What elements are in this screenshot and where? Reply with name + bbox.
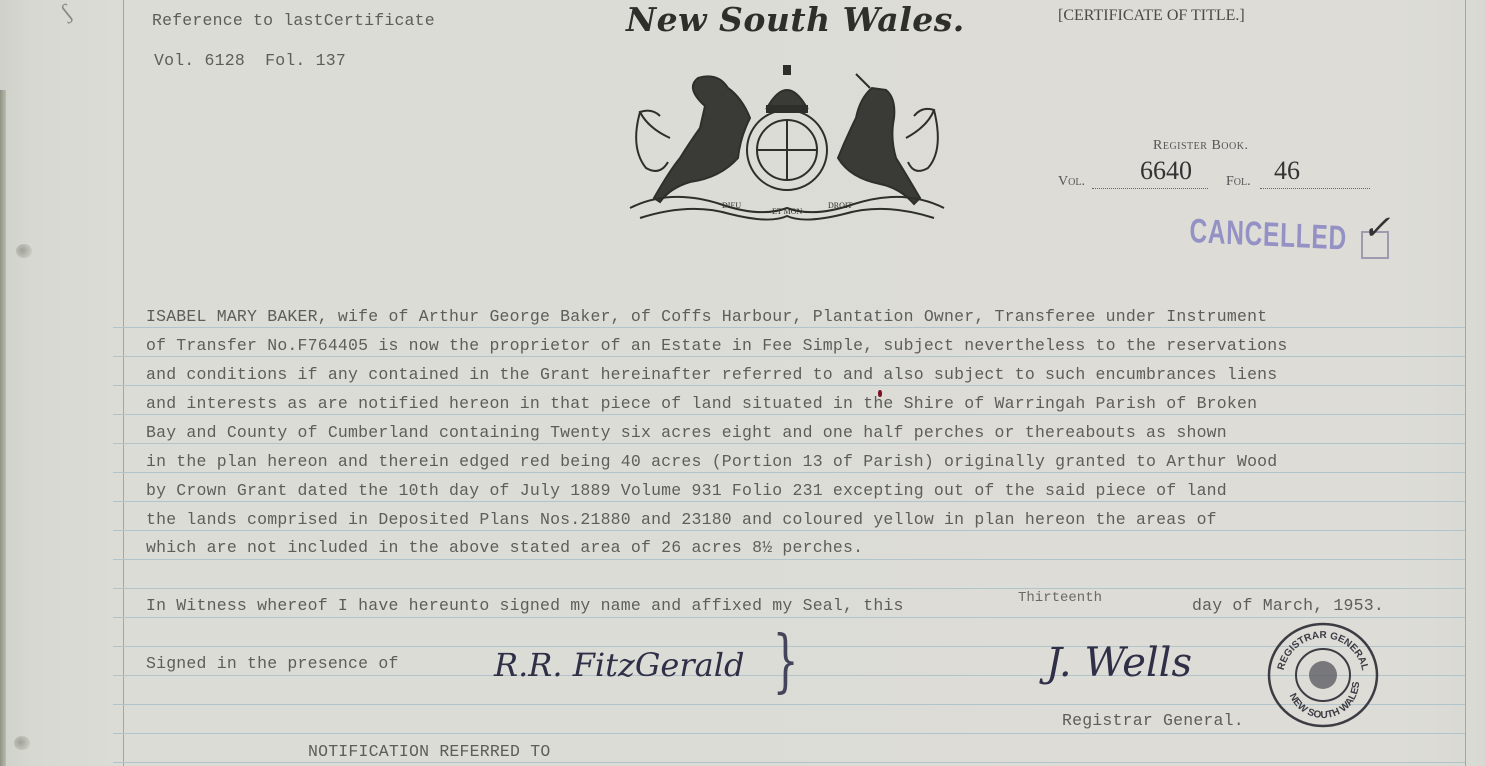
body-line: and interests as are notified hereon in … [146, 394, 1257, 413]
reference-value: Vol. 6128 Fol. 137 [154, 51, 346, 70]
corner-pencil-mark: ʃ [58, 0, 75, 24]
body-line: and conditions if any contained in the G… [146, 365, 1277, 384]
ruled-line [113, 762, 1465, 763]
ruled-line [113, 356, 1465, 357]
witness-signature: R.R. FitzGerald [494, 646, 744, 684]
royal-coat-of-arms-icon: DIEU ET MON DROIT [610, 58, 964, 226]
notification-heading: NOTIFICATION REFERRED TO [308, 742, 550, 761]
body-line: the lands comprised in Deposited Plans N… [146, 510, 1217, 529]
ruled-line [113, 501, 1465, 502]
ruled-line [113, 733, 1465, 734]
checkmark-icon: ✓ [1362, 208, 1391, 248]
signed-presence-label: Signed in the presence of [146, 654, 399, 673]
body-line: in the plan hereon and therein edged red… [146, 452, 1277, 471]
body-line: which are not included in the above stat… [146, 538, 863, 557]
vol-dotted-line [1092, 188, 1208, 189]
register-vol-label: Vol. [1058, 174, 1085, 190]
register-fol-value: 46 [1274, 156, 1300, 186]
motto-droit: DROIT [828, 201, 853, 210]
ruled-line [113, 443, 1465, 444]
ruled-line [113, 588, 1465, 589]
ruled-line [113, 704, 1465, 705]
ruled-line [113, 530, 1465, 531]
register-fol-label: Fol. [1226, 174, 1251, 190]
right-margin-rule [1465, 0, 1466, 766]
registrar-title: Registrar General. [1062, 711, 1244, 730]
ruled-line [113, 472, 1465, 473]
body-line: ISABEL MARY BAKER, wife of Arthur George… [146, 307, 1267, 326]
cancelled-stamp: CANCELLED [1189, 212, 1347, 259]
register-book-label: Register Book. [1153, 138, 1248, 154]
motto-et-mon: ET MON [772, 207, 803, 216]
witness-clause: In Witness whereof I have hereunto signe… [146, 596, 904, 615]
certificate-page: ʃ Reference to lastCertificate Vol. 6128… [0, 0, 1485, 766]
ruled-line [113, 617, 1465, 618]
body-line: by Crown Grant dated the 10th day of Jul… [146, 481, 1227, 500]
motto-dieu: DIEU [722, 201, 741, 210]
ruled-line [113, 559, 1465, 560]
ruled-line [113, 414, 1465, 415]
body-line: of Transfer No.F764405 is now the propri… [146, 336, 1287, 355]
body-line: Bay and County of Cumberland containing … [146, 423, 1227, 442]
jurisdiction-title: New South Wales. [626, 0, 965, 39]
reference-label: Reference to lastCertificate [152, 11, 435, 30]
punch-hole [16, 244, 32, 258]
witness-date: day of March, 1953. [1192, 596, 1384, 615]
ruled-line [113, 327, 1465, 328]
register-vol-value: 6640 [1140, 156, 1192, 186]
punch-hole [14, 736, 30, 750]
brace-mark: } [773, 622, 799, 701]
registrar-general-seal-icon: REGISTRAR GENERAL NEW SOUTH WALES [1265, 620, 1381, 730]
ruled-line [113, 385, 1465, 386]
certificate-type-label: [CERTIFICATE OF TITLE.] [1058, 7, 1245, 25]
ink-mark [878, 390, 882, 397]
fol-dotted-line [1260, 188, 1370, 189]
binding-edge [0, 90, 6, 766]
registrar-signature: J. Wells [1046, 640, 1192, 686]
left-margin-rule [123, 0, 124, 766]
witness-day: Thirteenth [1018, 590, 1102, 606]
